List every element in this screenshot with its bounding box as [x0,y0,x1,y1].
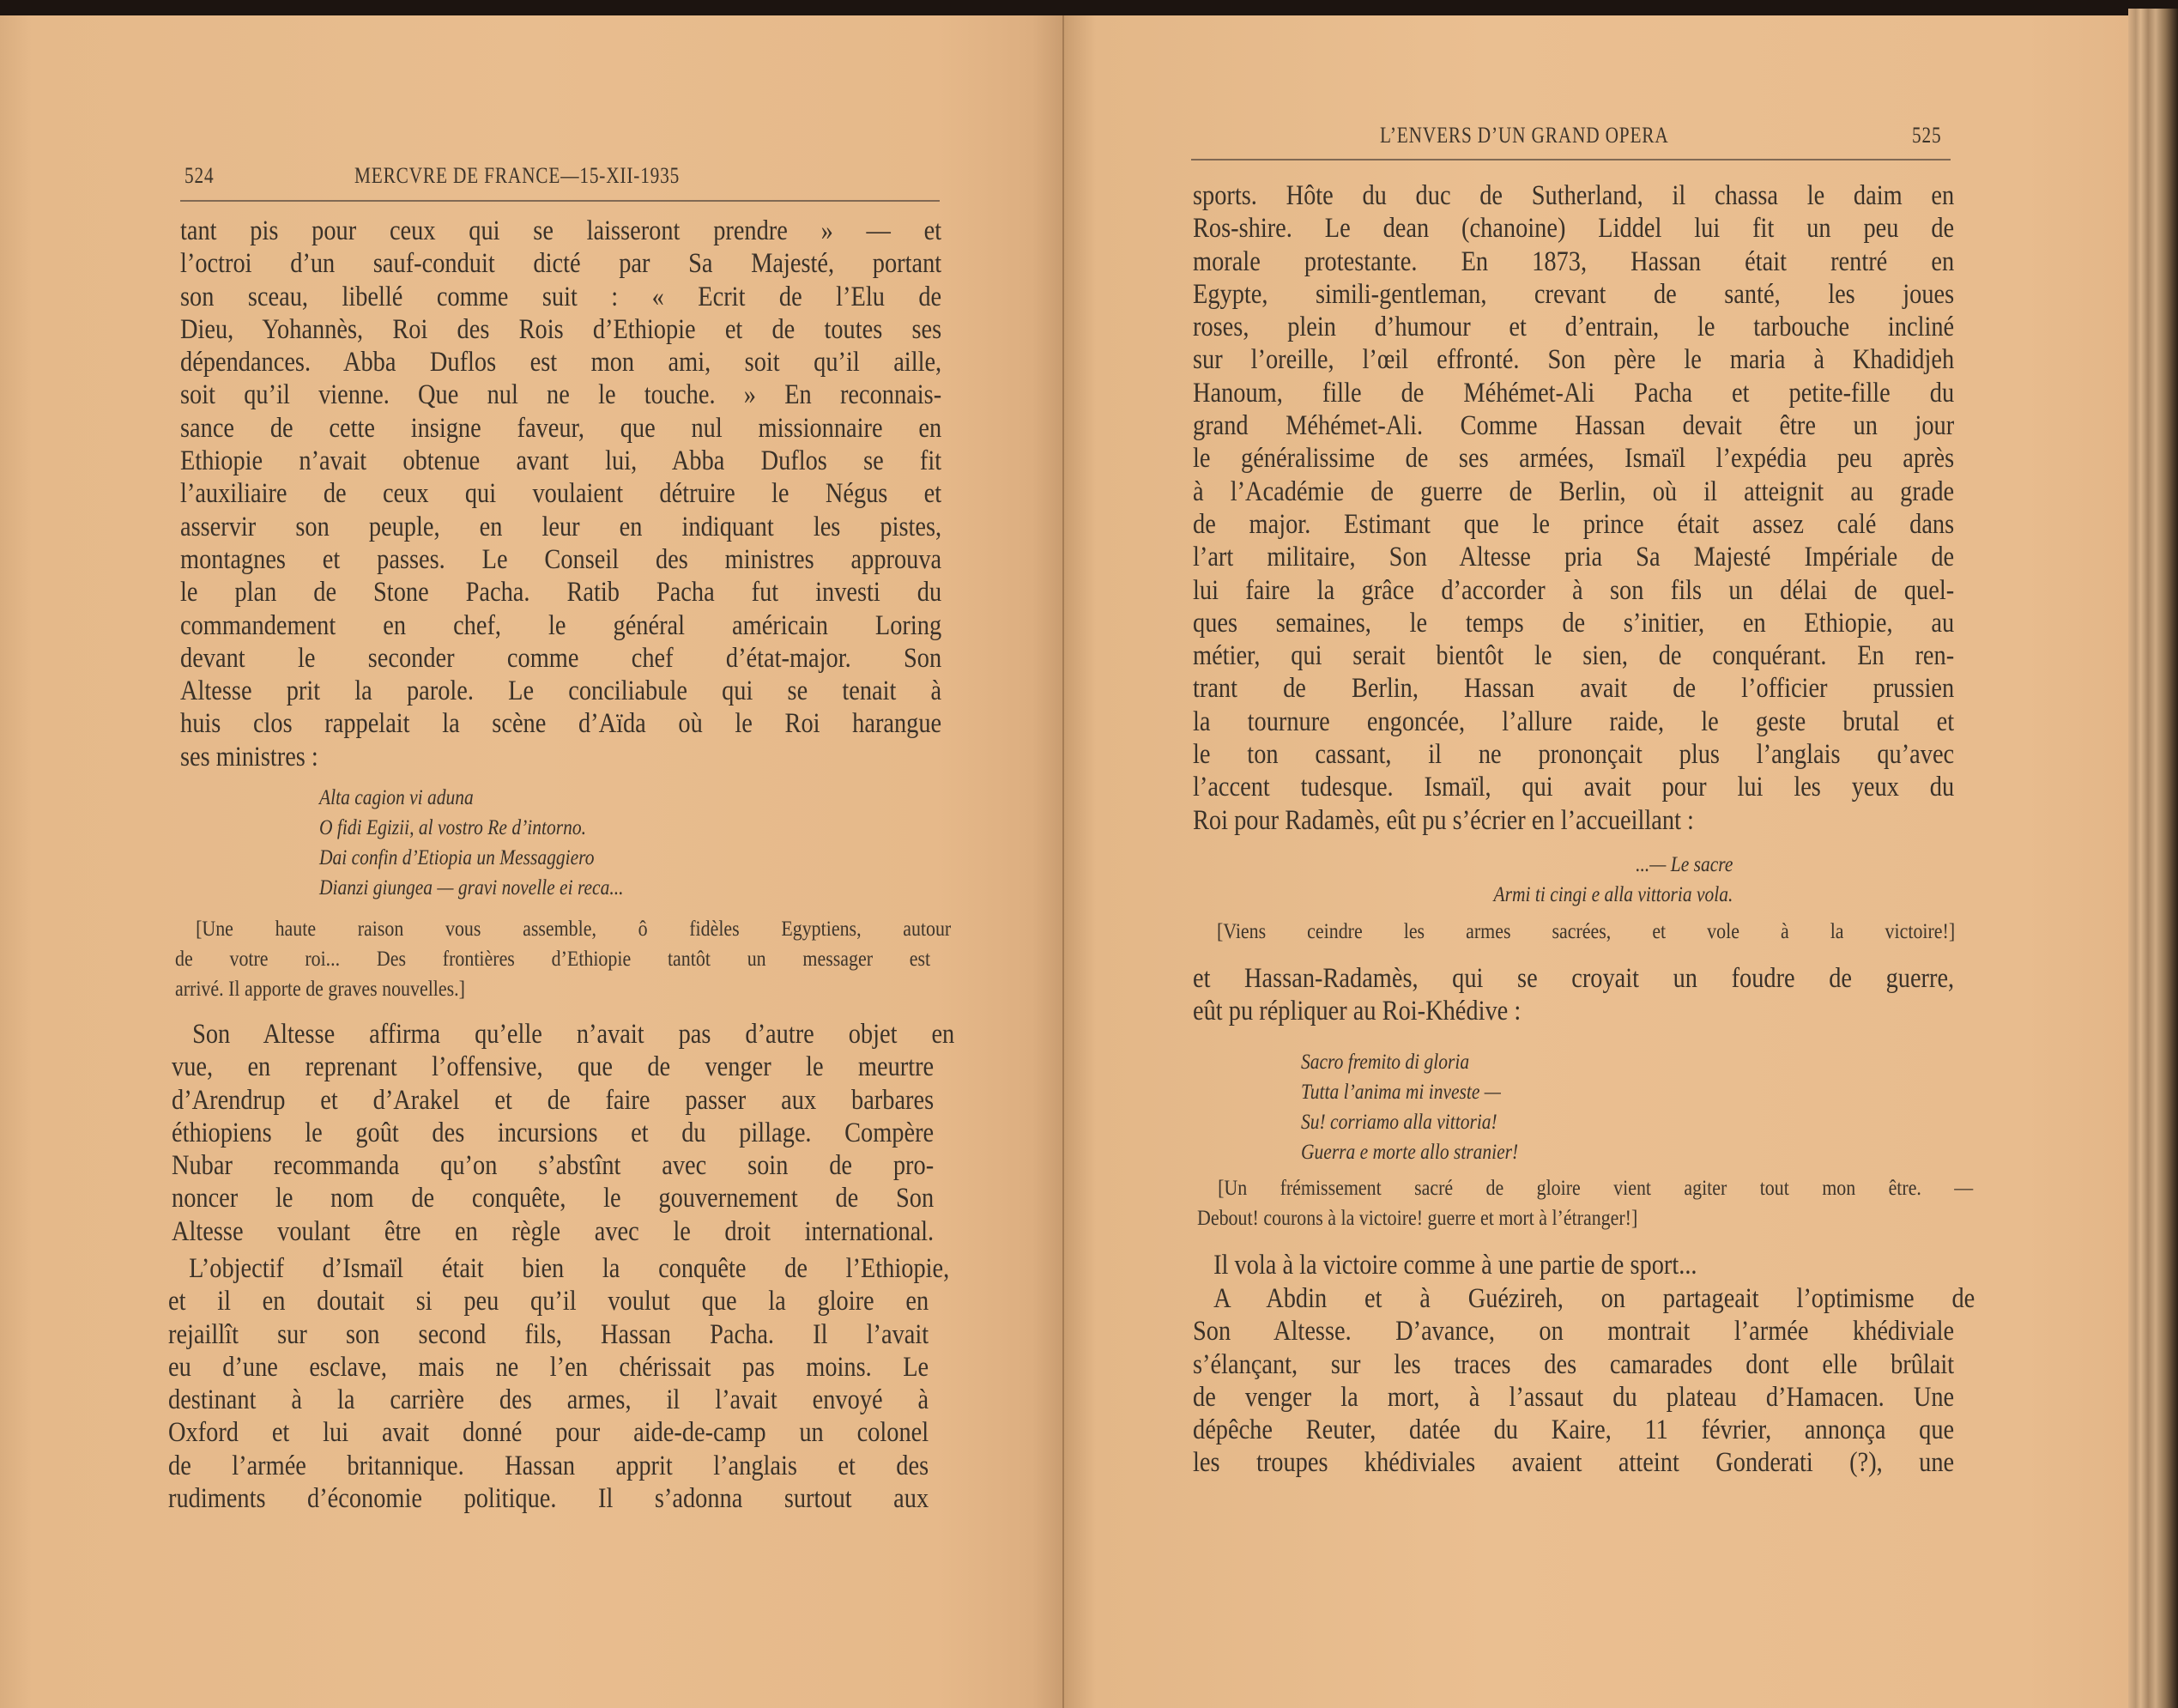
left-header-rule [180,200,940,202]
text-line: le plan de Stone Pacha. Ratib Pacha fut … [180,576,941,609]
text-line: sports. Hôte du duc de Sutherland, il ch… [1193,179,1954,212]
text-line: grand Méhémet-Ali. Comme Hassan devait ê… [1193,409,1954,442]
verse-line: Dianzi giungea — gravi novelle ei reca..… [319,873,623,903]
translation-line: [Viens ceindre les armes sacrées, et vol… [1217,916,1955,946]
page-edges [2128,9,2178,1708]
text-line: soit qu’il vienne. Que nul ne le touche.… [180,379,941,411]
text-line: commandement en chef, le général américa… [180,609,941,642]
text-line: Egypte, simili-gentleman, crevant de san… [1193,278,1954,311]
text-line: l’octroi d’un sauf-conduit dicté par Sa … [180,247,941,280]
left-paragraph-1: tant pis pour ceux qui se laisseront pre… [180,215,941,773]
text-line: dépendances. Abba Duflos est mon ami, so… [180,346,941,379]
text-line: A Abdin et à Guézireh, on partageait l’o… [1193,1282,1975,1315]
text-line: Son Altesse affirma qu’elle n’avait pas … [172,1018,954,1051]
text-line: son sceau, libellé comme suit : « Ecrit … [180,281,941,313]
right-paragraph-2: et Hassan-Radamès, qui se croyait un fou… [1193,962,1954,1028]
text-line: le ton cassant, il ne prononçait plus l’… [1193,738,1954,771]
text-line: à l’Académie de guerre de Berlin, où il … [1193,475,1954,508]
text-line: de venger la mort, à l’assaut du plateau… [1193,1381,1954,1414]
text-line: rejaillît sur son second fils, Hassan Pa… [168,1318,929,1351]
right-paragraph-3: Il vola à la victoire comme à une partie… [1193,1249,1954,1281]
text-line: Il vola à la victoire comme à une partie… [1193,1249,1975,1281]
text-line: Roi pour Radamès, eût pu s’écrier en l’a… [1193,804,1954,837]
text-line: ses ministres : [180,741,941,773]
text-line: Dieu, Yohannès, Roi des Rois d’Ethiopie … [180,313,941,346]
verse-line: ...— Le sacre [1334,850,1733,880]
text-line: eût pu répliquer au Roi-Khédive : [1193,995,1954,1027]
text-line: rudiments d’économie politique. Il s’ado… [168,1482,929,1515]
text-line: montagnes et passes. Le Conseil des mini… [180,543,941,576]
text-line: dépêche Reuter, datée du Kaire, 11 févri… [1193,1414,1954,1446]
translation-line: de votre roi... Des frontières d’Ethiopi… [175,943,930,973]
text-line: Ros-shire. Le dean (chanoine) Liddel lui… [1193,212,1954,245]
text-line: tant pis pour ceux qui se laisseront pre… [180,215,941,247]
text-line: le généralissime de ses armées, Ismaïl l… [1193,442,1954,475]
text-line: Ethiopie n’avait obtenue avant lui, Abba… [180,445,941,477]
text-line: éthiopiens le goût des incursions et du … [172,1117,934,1149]
text-line: destinant à la carrière des armes, il l’… [168,1384,929,1416]
right-verse-aida-1: ...— Le sacreArmi ti cingi e alla vittor… [1334,850,1798,910]
right-verse-aida-2: Sacro fremito di gloriaTutta l’anima mi … [1301,1047,1553,1167]
text-line: Hanoum, fille de Méhémet-Ali Pacha et pe… [1193,377,1954,409]
left-paragraph-2: Son Altesse affirma qu’elle n’avait pas … [172,1018,934,1248]
text-line: ques semaines, le temps de s’initier, en… [1193,607,1954,639]
right-paragraph-1: sports. Hôte du duc de Sutherland, il ch… [1193,179,1954,837]
text-line: Son Altesse. D’avance, on montrait l’arm… [1193,1315,1954,1348]
right-paragraph-4: A Abdin et à Guézireh, on partageait l’o… [1193,1282,1954,1480]
text-line: eu d’une esclave, mais ne l’en chérissai… [168,1351,929,1384]
text-line: s’élançant, sur les traces des camarades… [1193,1348,1954,1381]
text-line: l’accent tudesque. Ismaïl, qui avait pou… [1193,771,1954,803]
right-verse-translation-2: [Un frémissement sacré de gloire vient a… [1197,1172,1952,1233]
verse-line: Armi ti cingi e alla vittoria vola. [1334,880,1733,910]
verse-line: Alta cagion vi aduna [319,783,623,813]
text-line: Oxford et lui avait donné pour aide-de-c… [168,1416,929,1449]
text-line: sance de cette insigne faveur, que nul m… [180,412,941,445]
text-line: lui faire la grâce d’accorder à son fils… [1193,574,1954,607]
text-line: l’auxiliaire de ceux qui voulaient détru… [180,477,941,510]
verse-line: Su! corriamo alla vittoria! [1301,1107,1518,1137]
text-line: d’Arendrup et d’Arakel et de faire passe… [172,1084,934,1117]
text-line: devant le seconder comme chef d’état-maj… [180,642,941,675]
text-line: vue, en reprenant l’offensive, que de ve… [172,1051,934,1083]
left-verse-translation: [Une haute raison vous assemble, ô fidèl… [175,913,930,1003]
translation-line: arrivé. Il apporte de graves nouvelles.] [175,973,930,1003]
text-line: de l’armée britannique. Hassan apprit l’… [168,1450,929,1482]
text-line: sur l’oreille, l’œil effronté. Son père … [1193,343,1954,376]
scan-background-top [0,0,2178,17]
right-page-number: 525 [1912,123,1941,148]
text-line: huis clos rappelait la scène d’Aïda où l… [180,707,941,740]
right-header-rule [1191,159,1951,161]
verse-line: Guerra e morte allo stranier! [1301,1137,1518,1167]
verse-line: Dai confin d’Etiopia un Messaggiero [319,843,623,873]
left-page-number: 524 [185,163,214,189]
verse-line: Sacro fremito di gloria [1301,1047,1518,1077]
text-line: de major. Estimant que le prince était a… [1193,508,1954,541]
text-line: l’art militaire, Son Altesse pria Sa Maj… [1193,541,1954,573]
text-line: la tournure engoncée, l’allure raide, le… [1193,706,1954,738]
verse-line: Tutta l’anima mi investe — [1301,1077,1518,1107]
text-line: roses, plein d’humour et d’entrain, le t… [1193,311,1954,343]
text-line: Altesse voulant être en règle avec le dr… [172,1215,934,1248]
text-line: trant de Berlin, Hassan avait de l’offic… [1193,672,1954,705]
text-line: noncer le nom de conquête, le gouverneme… [172,1182,934,1214]
verse-line: O fidi Egizii, al vostro Re d’intorno. [319,813,623,843]
translation-line: Debout! courons à la victoire! guerre et… [1197,1202,1952,1233]
right-running-head: L’ENVERS D’UN GRAND OPERA [1380,123,1669,148]
text-line: métier, qui serait bientôt le sien, de c… [1193,639,1954,672]
left-verse-aida: Alta cagion vi adunaO fidi Egizii, al vo… [319,783,673,903]
text-line: morale protestante. En 1873, Hassan étai… [1193,245,1954,278]
text-line: les troupes khédiviales avaient atteint … [1193,1446,1954,1479]
translation-line: [Un frémissement sacré de gloire vient a… [1197,1172,1973,1202]
translation-line: [Une haute raison vous assemble, ô fidèl… [175,913,951,943]
text-line: Nubar recommanda qu’on s’abstînt avec so… [172,1149,934,1182]
text-line: asservir son peuple, en leur en indiquan… [180,511,941,543]
text-line: Altesse prit la parole. Le conciliabule … [180,675,941,707]
left-running-head: MERCVRE DE FRANCE—15-XII-1935 [354,163,680,189]
text-line: L’objectif d’Ismaïl était bien la conquê… [168,1252,949,1285]
text-line: et il en doutait si peu qu’il voulut que… [168,1285,929,1317]
right-verse-translation-1: [Viens ceindre les armes sacrées, et vol… [1217,916,1955,946]
left-paragraph-3: L’objectif d’Ismaïl était bien la conquê… [168,1252,929,1515]
text-line: et Hassan-Radamès, qui se croyait un fou… [1193,962,1954,995]
